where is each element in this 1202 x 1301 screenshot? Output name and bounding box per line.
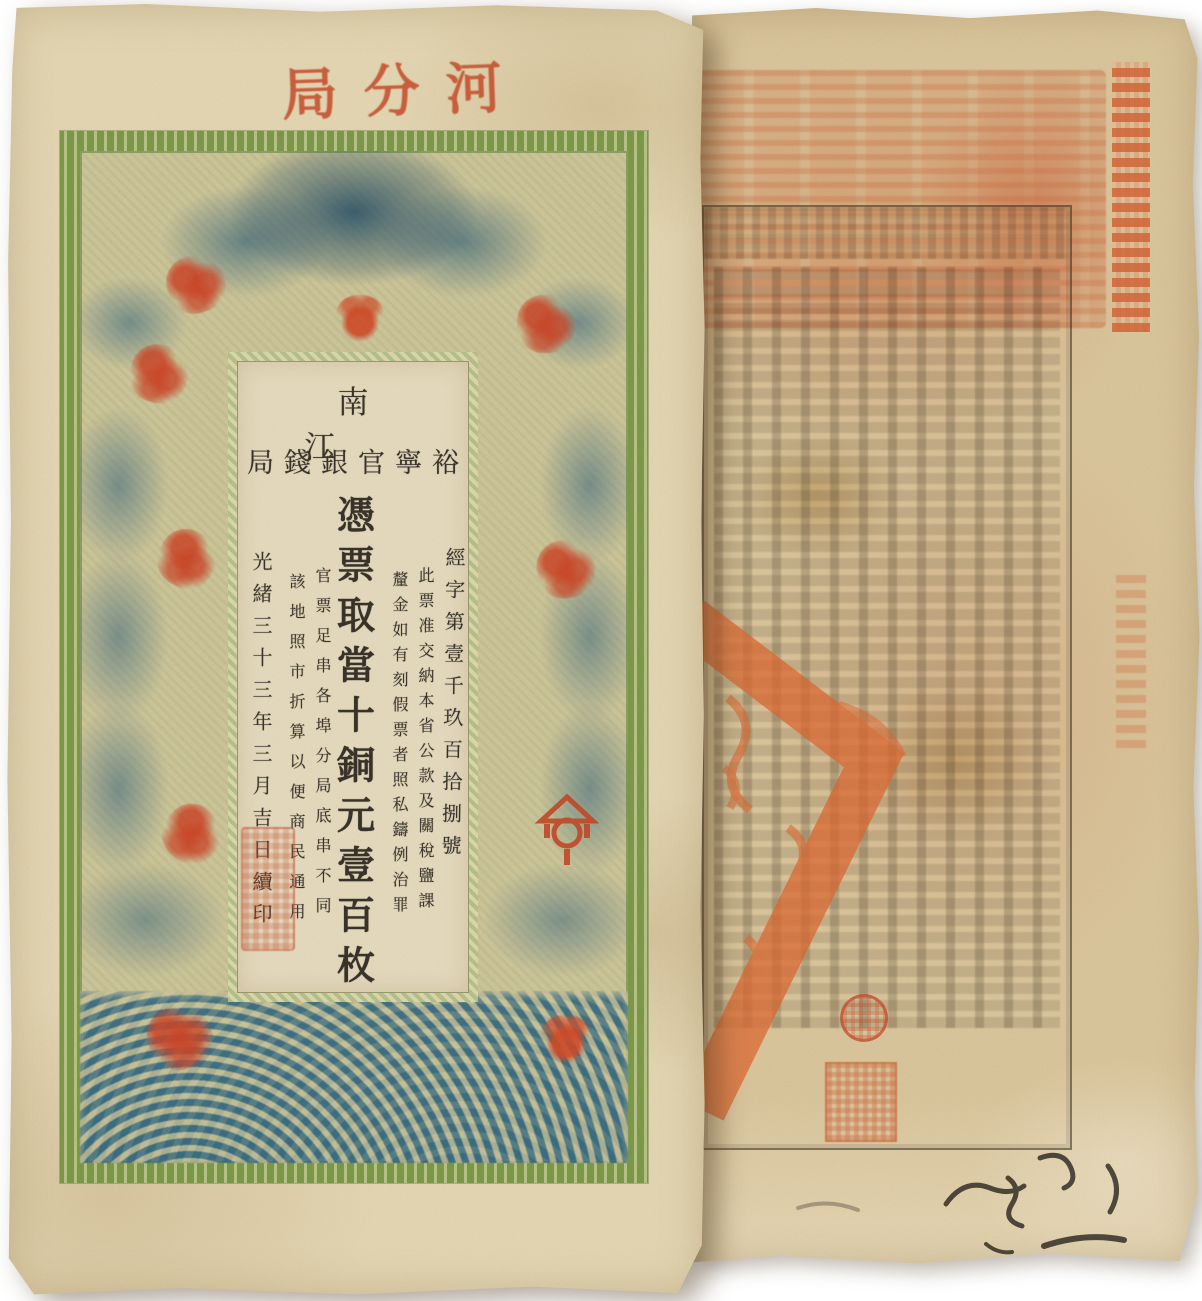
flaming-pearl-icon: [335, 295, 385, 345]
square-red-seal-icon: [825, 1062, 897, 1142]
decorative-border-frame: 南江 局錢銀官寧裕 憑票取當十銅元壹百枚 經字第壹千玖百拾捌號 此票准交納本省公…: [60, 131, 648, 1183]
text-panel: 南江 局錢銀官寧裕 憑票取當十銅元壹百枚 經字第壹千玖百拾捌號 此票准交納本省公…: [228, 352, 478, 1002]
flaming-pearl2-icon: [540, 1015, 592, 1067]
peony-icon: [517, 295, 575, 353]
serial-number: 經字第壹千玖百拾捌號: [436, 547, 469, 867]
front-paper: 局分河五: [6, 4, 706, 1297]
banknote-front: 局分河五: [6, 4, 706, 1297]
clause-right-2: 釐金如有刻假票者照私鑄例治罪: [388, 571, 411, 921]
handwritten-endorsement: [798, 1155, 1124, 1252]
chime-lantern-icon: [535, 791, 599, 871]
back-paper: [688, 8, 1200, 1266]
banknote-back: [688, 8, 1200, 1266]
clause-right-1: 此票准交納本省公款及關稅鹽課: [414, 567, 437, 917]
photo-stage: 局分河五: [0, 0, 1202, 1301]
orange-chevron-overprint: [688, 8, 1200, 1266]
issuer-red-seal-icon: [241, 827, 295, 951]
round-red-seal-icon: [840, 994, 888, 1042]
clause-left-1: 官票足串各埠分局底串不同: [311, 567, 334, 927]
issuer-title: 局錢銀官寧裕: [237, 441, 469, 480]
